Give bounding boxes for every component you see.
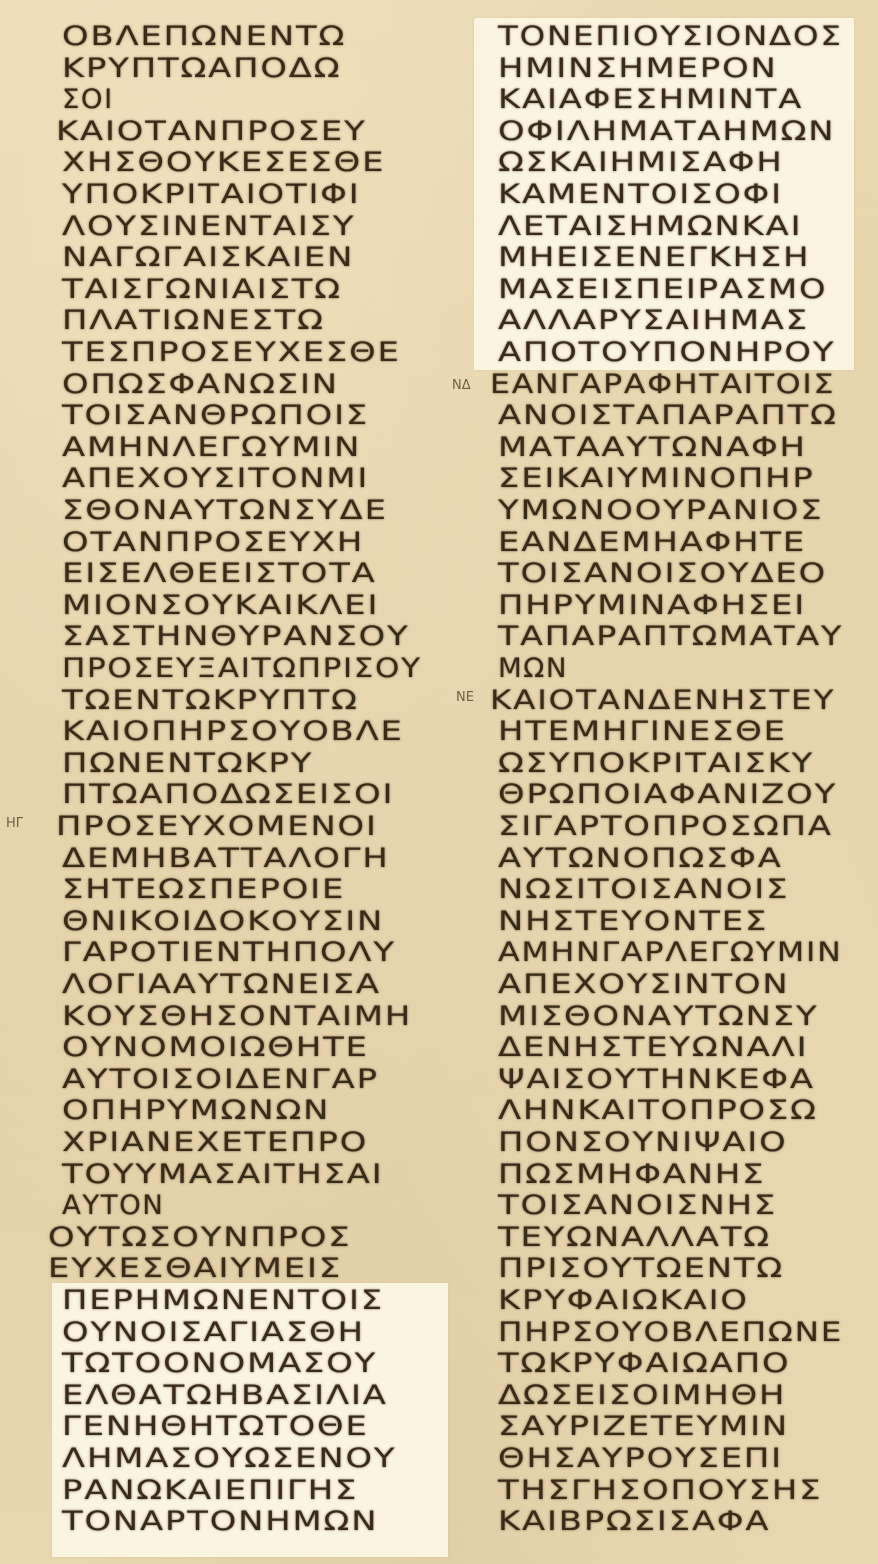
manuscript-line: ΚΑΙΑΦΕΣΗΜΙΝΤΑ: [498, 85, 803, 115]
manuscript-line: ΛΕΤΑΙΣΗΜΩΝΚΑΙ: [498, 212, 802, 242]
manuscript-line: ΛΟΓΙΑΑΥΤΩΝΕΙΣΑ: [62, 970, 381, 1000]
manuscript-line: ΨΑΙΣΟΥΤΗΝΚΕΦΑ: [498, 1065, 815, 1095]
manuscript-line: ΩΣΚΑΙΗΜΙΣΑΦΗ: [498, 148, 784, 178]
manuscript-line: ΛΟΥΣΙΝΕΝΤΑΙΣΥ: [62, 212, 355, 242]
manuscript-line: ΠΩΝΕΝΤΩΚΡΥ: [62, 749, 313, 779]
manuscript-line: ΡΑΝΩΚΑΙΕΠΙΓΗΣ: [62, 1476, 358, 1506]
manuscript-line: ΑΛΛΑΡΥΣΑΙΗΜΑΣ: [498, 306, 809, 336]
manuscript-line: ΕΙΣΕΛΘΕΕΙΣΤΟΤΑ: [62, 559, 377, 589]
manuscript-line: ΠΗΡΥΜΙΝΑΦΗΣΕΙ: [498, 591, 806, 621]
manuscript-line: ΚΡΥΠΤΩΑΠΟΔΩ: [62, 54, 341, 84]
manuscript-line: ΗΜΙΝΣΗΜΕΡΟΝ: [498, 54, 778, 84]
manuscript-line: ΑΥΤΟΙΣΟΙΔΕΝΓΑΡ: [62, 1065, 379, 1095]
manuscript-line: ΜΗΕΙΣΕΝΕΓΚΗΣΗ: [498, 243, 810, 273]
manuscript-line: ΑΝΟΙΣΤΑΠΑΡΑΠΤΩ: [498, 401, 838, 431]
manuscript-line: ΠΡΟΣΕΥΧΟΜΕΝΟΙ: [56, 812, 378, 842]
manuscript-line: ΟΥΤΩΣΟΥΝΠΡΟΣ: [48, 1223, 351, 1253]
manuscript-line: ΜΩΝ: [498, 654, 568, 684]
manuscript-line: ΠΗΡΣΟΥΟΒΛΕΠΩΝΕ: [498, 1318, 843, 1348]
manuscript-line: ΑΜΗΝΛΕΓΩΥΜΙΝ: [62, 433, 361, 463]
margin-section-mark-right-1: ΝΔ: [452, 378, 471, 393]
manuscript-line: ΤΟΙΣΑΝΟΙΣΟΥΔΕΟ: [498, 559, 827, 589]
manuscript-line: ΤΟΝΕΠΙΟΥΣΙΟΝΔΟΣ: [498, 22, 843, 52]
manuscript-line: ΜΑΣΕΙΣΠΕΙΡΑΣΜΟ: [498, 275, 827, 305]
manuscript-line: ΔΕΜΗΒΑΤΤΑΛΟΓΗ: [62, 844, 390, 874]
manuscript-line: ΤΟΙΣΑΝΟΙΣΝΗΣ: [498, 1191, 777, 1221]
manuscript-line: ΕΑΝΔΕΜΗΑΦΗΤΕ: [498, 528, 806, 558]
manuscript-line: ΑΥΤΩΝΟΠΩΣΦΑ: [498, 844, 783, 874]
manuscript-line: ΟΥΝΟΙΣΑΓΙΑΣΘΗ: [62, 1318, 365, 1348]
manuscript-line: ΑΥΤΟΝ: [62, 1191, 164, 1221]
manuscript-line: ΑΠΕΧΟΥΣΙΤΟΝΜΙ: [62, 464, 369, 494]
manuscript-line: ΚΑΜΕΝΤΟΙΣΟΦΙ: [498, 180, 783, 210]
manuscript-line: ΤΑΙΣΓΩΝΙΑΙΣΤΩ: [62, 275, 342, 305]
manuscript-line: ΧΗΣΘΟΥΚΕΣΕΣΘΕ: [62, 148, 385, 178]
manuscript-line: ΚΑΙΒΡΩΣΙΣΑΦΑ: [498, 1507, 770, 1537]
manuscript-line: ΝΗΣΤΕΥΟΝΤΕΣ: [498, 907, 768, 937]
manuscript-line: ΚΑΙΟΠΗΡΣΟΥΟΒΛΕ: [62, 717, 404, 747]
margin-section-mark-right-2: ΝΕ: [456, 690, 474, 705]
manuscript-line: ΤΑΠΑΡΑΠΤΩΜΑΤΑΥ: [498, 622, 843, 652]
manuscript-line: ΠΡΟΣΕΥΞΑΙΤΩΠΡΙΣΟΥ: [62, 654, 422, 684]
manuscript-line: ΤΟΝΑΡΤΟΝΗΜΩΝ: [62, 1507, 378, 1537]
manuscript-line: ΤΕΥΩΝΑΛΛΑΤΩ: [498, 1223, 771, 1253]
manuscript-line: ΑΠΟΤΟΥΠΟΝΗΡΟΥ: [498, 338, 835, 368]
manuscript-line: ΣΙΓΑΡΤΟΠΡΟΣΩΠΑ: [498, 812, 833, 842]
manuscript-line: ΠΟΝΣΟΥΝΙΨΑΙΟ: [498, 1128, 788, 1158]
manuscript-line: ΟΠΗΡΥΜΩΝΩΝ: [62, 1096, 330, 1126]
manuscript-line: ΤΗΣΓΗΣΟΠΟΥΣΗΣ: [498, 1476, 822, 1506]
manuscript-line: ΚΡΥΦΑΙΩΚΑΙΟ: [498, 1286, 749, 1316]
manuscript-line: ΤΩΤΟΟΝΟΜΑΣΟΥ: [62, 1349, 377, 1379]
manuscript-line: ΝΩΣΙΤΟΙΣΑΝΟΙΣ: [498, 875, 789, 905]
manuscript-line: ΠΡΙΣΟΥΤΩΕΝΤΩ: [498, 1254, 784, 1284]
manuscript-line: ΟΤΑΝΠΡΟΣΕΥΧΗ: [62, 528, 364, 558]
manuscript-line: ΤΕΣΠΡΟΣΕΥΧΕΣΘΕ: [62, 338, 401, 368]
manuscript-line: ΣΑΣΤΗΝΘΥΡΑΝΣΟΥ: [62, 622, 410, 652]
margin-section-mark-left: ΗΓ: [6, 816, 23, 831]
manuscript-line: ΑΜΗΝΓΑΡΛΕΓΩΥΜΙΝ: [498, 938, 843, 968]
manuscript-line: ΚΟΥΣΘΗΣΟΝΤΑΙΜΗ: [62, 1002, 412, 1032]
manuscript-line: ΚΑΙΟΤΑΝΔΕΝΗΣΤΕΥ: [490, 686, 835, 716]
manuscript-line: ΤΩΚΡΥΦΑΙΩΑΠΟ: [498, 1349, 790, 1379]
manuscript-line: ΤΟΙΣΑΝΘΡΩΠΟΙΣ: [62, 401, 369, 431]
manuscript-page: ΟΒΛΕΠΩΝΕΝΤΩΚΡΥΠΤΩΑΠΟΔΩΣΟΙΚΑΙΟΤΑΝΠΡΟΣΕΥΧΗ…: [0, 0, 878, 1564]
manuscript-line: ΛΗΝΚΑΙΤΟΠΡΟΣΩ: [498, 1096, 818, 1126]
manuscript-line: ΩΣΥΠΟΚΡΙΤΑΙΣΚΥ: [498, 749, 814, 779]
manuscript-line: ΧΡΙΑΝΕΧΕΤΕΠΡΟ: [62, 1128, 368, 1158]
manuscript-line: ΕΛΘΑΤΩΗΒΑΣΙΛΙΑ: [62, 1381, 388, 1411]
manuscript-line: ΣΘΟΝΑΥΤΩΝΣΥΔΕ: [62, 496, 388, 526]
manuscript-line: ΠΤΩΑΠΟΔΩΣΕΙΣΟΙ: [62, 780, 394, 810]
manuscript-line: ΘΝΙΚΟΙΔΟΚΟΥΣΙΝ: [62, 907, 384, 937]
manuscript-line: ΜΙΣΘΟΝΑΥΤΩΝΣΥ: [498, 1002, 818, 1032]
manuscript-line: ΣΑΥΡΙΖΕΤΕΥΜΙΝ: [498, 1412, 789, 1442]
manuscript-line: ΠΛΑΤΙΩΝΕΣΤΩ: [62, 306, 325, 336]
manuscript-line: ΚΑΙΟΤΑΝΠΡΟΣΕΥ: [56, 117, 367, 147]
manuscript-line: ΛΗΜΑΣΟΥΩΣΕΝΟΥ: [62, 1444, 396, 1474]
manuscript-line: ΗΤΕΜΗΓΙΝΕΣΘΕ: [498, 717, 787, 747]
manuscript-line: ΓΕΝΗΘΗΤΩΤΟΘΕ: [62, 1412, 369, 1442]
manuscript-line: ΘΡΩΠΟΙΑΦΑΝΙΖΟΥ: [498, 780, 837, 810]
manuscript-line: ΤΩΕΝΤΩΚΡΥΠΤΩ: [62, 686, 359, 716]
manuscript-line: ΟΥΝΟΜΟΙΩΘΗΤΕ: [62, 1033, 369, 1063]
manuscript-line: ΟΠΩΣΦΑΝΩΣΙΝ: [62, 370, 339, 400]
manuscript-line: ΜΑΤΑΑΥΤΩΝΑΦΗ: [498, 433, 807, 463]
manuscript-line: ΣΕΙΚΑΙΥΜΙΝΟΠΗΡ: [498, 464, 815, 494]
manuscript-line: ΠΕΡΗΜΩΝΕΝΤΟΙΣ: [62, 1286, 384, 1316]
manuscript-line: ΟΦΙΛΗΜΑΤΑΗΜΩΝ: [498, 117, 835, 147]
manuscript-line: ΣΟΙ: [62, 85, 114, 115]
manuscript-line: ΔΕΝΗΣΤΕΥΩΝΑΛΙ: [498, 1033, 808, 1063]
manuscript-line: ΝΑΓΩΓΑΙΣΚΑΙΕΝ: [62, 243, 354, 273]
manuscript-line: ΣΗΤΕΩΣΠΕΡΟΙΕ: [62, 875, 345, 905]
manuscript-line: ΔΩΣΕΙΣΟΙΜΗΘΗ: [498, 1381, 786, 1411]
manuscript-line: ΤΟΥΥΜΑΣΑΙΤΗΣΑΙ: [62, 1160, 384, 1190]
manuscript-line: ΑΠΕΧΟΥΣΙΝΤΟΝ: [498, 970, 790, 1000]
manuscript-line: ΜΙΟΝΣΟΥΚΑΙΚΛΕΙ: [62, 591, 379, 621]
manuscript-line: ΘΗΣΑΥΡΟΥΣΕΠΙ: [498, 1444, 783, 1474]
manuscript-line: ΕΥΧΕΣΘΑΙΥΜΕΙΣ: [48, 1254, 342, 1284]
manuscript-line: ΟΒΛΕΠΩΝΕΝΤΩ: [62, 22, 346, 52]
manuscript-line: ΥΜΩΝΟΟΥΡΑΝΙΟΣ: [498, 496, 823, 526]
manuscript-line: ΕΑΝΓΑΡΑΦΗΤΑΙΤΟΙΣ: [490, 370, 835, 400]
manuscript-line: ΓΑΡΟΤΙΕΝΤΗΠΟΛΥ: [62, 938, 396, 968]
manuscript-line: ΠΩΣΜΗΦΑΝΗΣ: [498, 1160, 765, 1190]
manuscript-line: ΥΠΟΚΡΙΤΑΙΟΤΙΦΙ: [62, 180, 361, 210]
